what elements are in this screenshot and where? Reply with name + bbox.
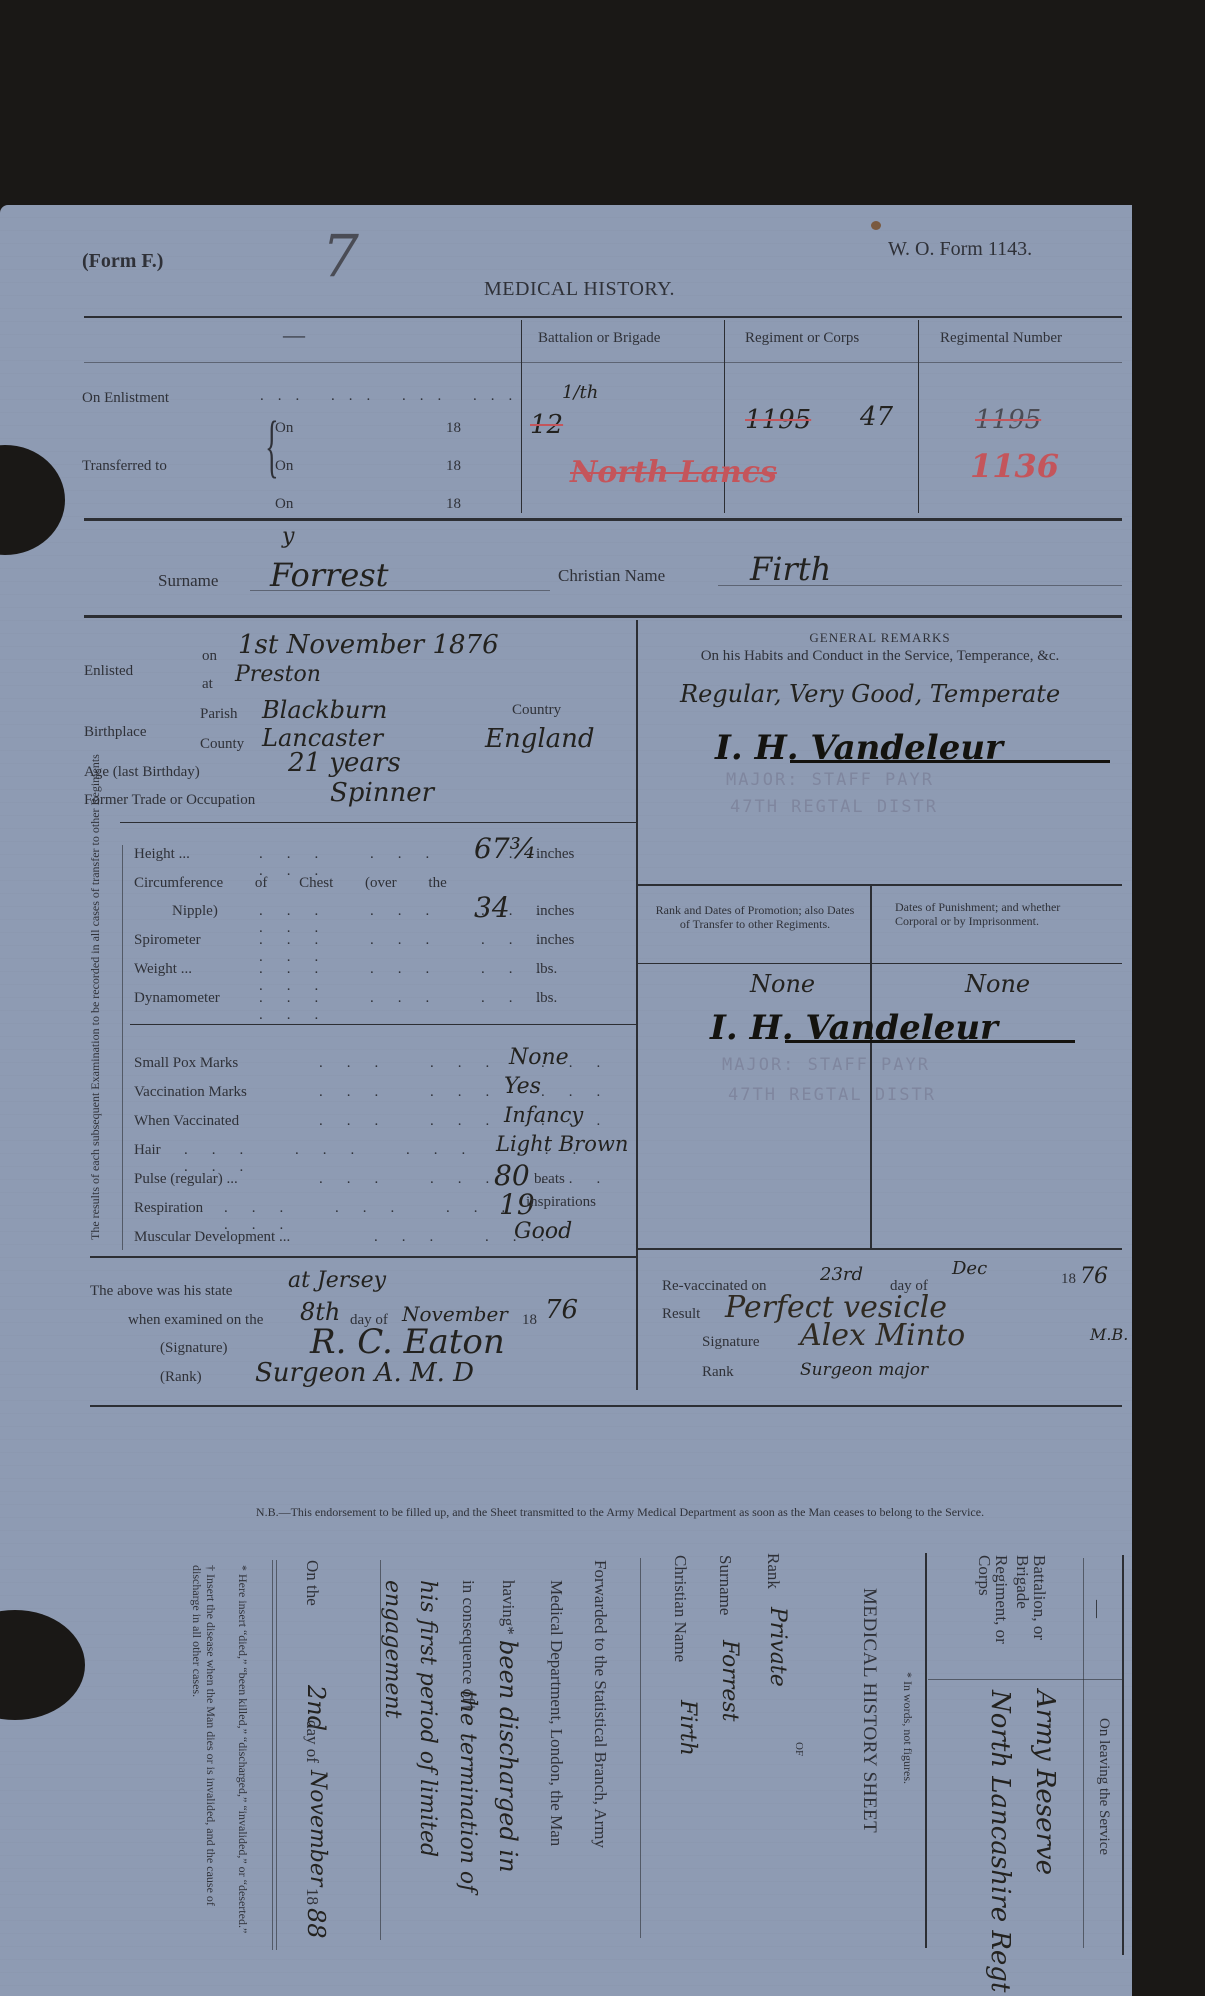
discharge-month: November [305, 1770, 330, 1886]
stamp-line-1: MAJOR: STAFF PAYR [722, 1055, 930, 1075]
surname-note: y [282, 524, 294, 549]
remarks-subheading: On his Habits and Conduct in the Service… [700, 648, 1060, 665]
endorsement-rule [928, 1679, 1123, 1680]
surname-label-rot: Surname [715, 1555, 735, 1615]
regimental-number-original: 1195 [975, 405, 1041, 435]
col-header-dash: — [283, 322, 305, 348]
christian-name-label: Christian Name [558, 566, 665, 586]
forwarded-line-2: Medical Department, London, the Man [546, 1580, 566, 1846]
endorsement-rule [276, 1560, 277, 1950]
measurement-row: Dynamometer ... ... ... ... lbs. [134, 990, 634, 1019]
exam-year-prefix: 18 [522, 1312, 537, 1329]
endorsement-rule [380, 1560, 381, 1940]
rule [84, 518, 1122, 521]
rule [120, 822, 636, 823]
rank-value: Private [765, 1607, 790, 1687]
revacc-day-value: 23rd [820, 1264, 863, 1285]
revacc-year-prefix: 18 [1061, 1271, 1076, 1288]
regiment-value: North Lancashire Regt [985, 1690, 1015, 1992]
consequence-value-3: engagement [380, 1580, 405, 1718]
rule [84, 362, 1122, 363]
page-title: MEDICAL HISTORY. [484, 278, 675, 301]
form-number: W. O. Form 1143. [888, 238, 1032, 261]
observation-row: Hair ... ... ... ... ... Light Brown [134, 1142, 634, 1171]
enlisted-at-label: at [202, 676, 213, 693]
exam-state-place: at Jersey [288, 1268, 386, 1293]
christian-name-value: Firth [750, 550, 831, 588]
battalion-value: Army Reserve [1030, 1690, 1060, 1875]
stamp-line-1: MAJOR: STAFF PAYR [726, 770, 934, 790]
col-header-regiment: Regiment or Corps [745, 330, 859, 347]
measurement-row: Height ... ... ... ... ... 67¾ inches [134, 846, 634, 875]
christian-value-rot: Firth [675, 1700, 700, 1756]
revacc-signature-value: Alex Minto [800, 1318, 965, 1353]
col-divider [918, 320, 919, 513]
transfer-number: 1136 [970, 447, 1059, 485]
regiment-label: Regiment, or Corps [976, 1555, 1010, 1675]
exam-signature-value: R. C. Eaton [310, 1322, 505, 1362]
exam-year-value: 76 [545, 1295, 578, 1325]
forwarded-line-1: Forwarded to the Statistical Branch, Arm… [590, 1560, 610, 1848]
leaving-dash: — [1087, 1600, 1108, 1618]
battalion-label: Battalion, or Brigade [1014, 1555, 1048, 1675]
promotion-heading: Rank and Dates of Promotion; also Dates … [650, 903, 860, 931]
transfer-on-3: On [275, 496, 293, 513]
form-label: (Form F.) [82, 250, 163, 273]
brace-line [122, 845, 123, 1250]
trade-label: Former Trade or Occupation [84, 792, 255, 809]
enlisted-label: Enlisted [84, 663, 133, 680]
having-label: having* [498, 1580, 518, 1635]
remarks-value: Regular, Very Good, Temperate [680, 680, 1060, 708]
signature-flourish [785, 1040, 1075, 1043]
revacc-signature-label: Signature [702, 1334, 760, 1351]
leaving-service-label: On leaving the Service [1095, 1718, 1112, 1855]
year-prefix: 18 [446, 458, 461, 475]
consequence-value-1: the termination of [455, 1690, 480, 1892]
country-value: England [485, 724, 595, 754]
rule [84, 316, 1122, 318]
col-divider [521, 320, 522, 513]
revacc-rank-label: Rank [702, 1364, 734, 1381]
discharge-year: 88 [302, 1908, 330, 1939]
result-label: Result [662, 1306, 700, 1323]
sheet-number: 7 [322, 222, 359, 290]
rule [130, 1024, 636, 1025]
measurement-row: Circumference of Chest (over the [134, 875, 634, 903]
endorsement-rule [640, 1558, 641, 1938]
year-prefix: 18 [446, 420, 461, 437]
christian-label-rot: Christian Name [670, 1555, 690, 1662]
measurements-list: Height ... ... ... ... ... 67¾ inches Ci… [134, 846, 634, 1019]
parish-label: Parish [200, 706, 238, 723]
punishment-value: None [965, 970, 1030, 998]
discharge-year-prefix: 18 [302, 1888, 322, 1905]
exam-rank-label: (Rank) [160, 1369, 202, 1386]
rule [90, 1256, 636, 1258]
observation-row: Small Pox Marks ... ... ... None [134, 1055, 634, 1084]
measurement-row: Weight ... ... ... ... ... lbs. [134, 961, 634, 990]
exam-rank-value: Surgeon A. M. D [255, 1358, 474, 1388]
center-divider [636, 620, 638, 1390]
underline [718, 585, 1122, 586]
trade-value: Spinner [330, 778, 434, 808]
sheet-title: MEDICAL HISTORY SHEET [858, 1588, 880, 1833]
rule [636, 1248, 1122, 1250]
stamp-line-2: 47TH REGTAL DISTR [728, 1085, 936, 1105]
rank-label: Rank [763, 1553, 783, 1589]
revacc-signature-suffix: M.B. [1090, 1325, 1128, 1344]
surname-value-rot: Forrest [717, 1640, 742, 1722]
revacc-rank-value: Surgeon major [800, 1360, 928, 1380]
country-label: Country [512, 702, 561, 719]
footnote-2: † Insert the disease when the Man dies o… [190, 1565, 218, 1945]
consequence-value-2: his first period of limited [415, 1580, 440, 1857]
endorsement-note: N.B.—This endorsement to be filled up, a… [180, 1505, 1060, 1520]
transfer-regiment: North Lancs [570, 455, 777, 490]
words-note: * In words, not figures. [900, 1672, 915, 1784]
on-the-label: On the [302, 1560, 322, 1606]
transfer-on-2: On [275, 458, 293, 475]
examined-on-label: when examined on the [128, 1312, 263, 1329]
discharge-day-of: day of [302, 1720, 322, 1763]
signature-flourish [790, 760, 1110, 763]
endorsement-rule [1122, 1555, 1124, 1955]
transferred-to-label: Transferred to [82, 458, 167, 475]
sheet-of-label: OF [793, 1742, 805, 1756]
on-enlistment-label: On Enlistment [82, 390, 169, 407]
exam-side-note: The results of each subsequent Examinati… [88, 840, 102, 1240]
enlisted-at-value: Preston [235, 662, 321, 687]
transfer-on-1: On [275, 420, 293, 437]
dots: ... ... ... ... [260, 388, 526, 405]
measurement-row: Spirometer ... ... ... ... inches [134, 932, 634, 961]
col-header-battalion: Battalion or Brigade [538, 330, 660, 347]
battalion-correction: 1/th [562, 382, 598, 403]
endorsement-rule [272, 1560, 273, 1950]
having-value: been discharged in [494, 1640, 522, 1873]
measurement-row: Nipple) ... ... ... ... 34 inches [134, 903, 634, 932]
remarks-heading: GENERAL REMARKS [640, 630, 1120, 646]
surname-value: Forrest [270, 556, 389, 594]
exam-state-label: The above was his state [90, 1283, 232, 1300]
observation-row: Muscular Development ... ... ... Good [134, 1229, 634, 1258]
age-value: 21 years [288, 748, 401, 778]
stamp-line-2: 47TH REGTAL DISTR [730, 797, 938, 817]
surname-label: Surname [158, 571, 218, 591]
footnote-1: * Here insert “died,” “been killed,” “di… [236, 1565, 250, 1945]
rule [90, 1405, 1122, 1407]
underline [250, 590, 550, 591]
parish-value: Blackburn [262, 696, 387, 724]
ink-spot [871, 221, 881, 230]
enlisted-on-value: 1st November 1876 [238, 630, 499, 660]
exam-signature-label: (Signature) [160, 1340, 227, 1357]
county-label: County [200, 736, 244, 753]
rule [636, 963, 1122, 964]
rule [636, 884, 1122, 886]
birthplace-label: Birthplace [84, 724, 146, 741]
endorsement-rule [925, 1553, 927, 1948]
revacc-year-value: 76 [1080, 1264, 1108, 1289]
rule [84, 615, 1122, 618]
battalion-original: 12 [530, 410, 563, 440]
observations-list: Small Pox Marks ... ... ... None Vaccina… [134, 1055, 634, 1258]
col-header-regimental-number: Regimental Number [940, 330, 1062, 347]
endorsement-rule [1083, 1558, 1084, 1948]
regiment-correction: 47 [860, 402, 893, 432]
punishment-heading: Dates of Punishment; and whether Corpora… [895, 900, 1105, 928]
enlisted-on-label: on [202, 648, 217, 665]
regiment-original: 1195 [745, 405, 811, 435]
promotion-value: None [750, 970, 815, 998]
year-prefix: 18 [446, 496, 461, 513]
revacc-month-value: Dec [952, 1258, 987, 1279]
